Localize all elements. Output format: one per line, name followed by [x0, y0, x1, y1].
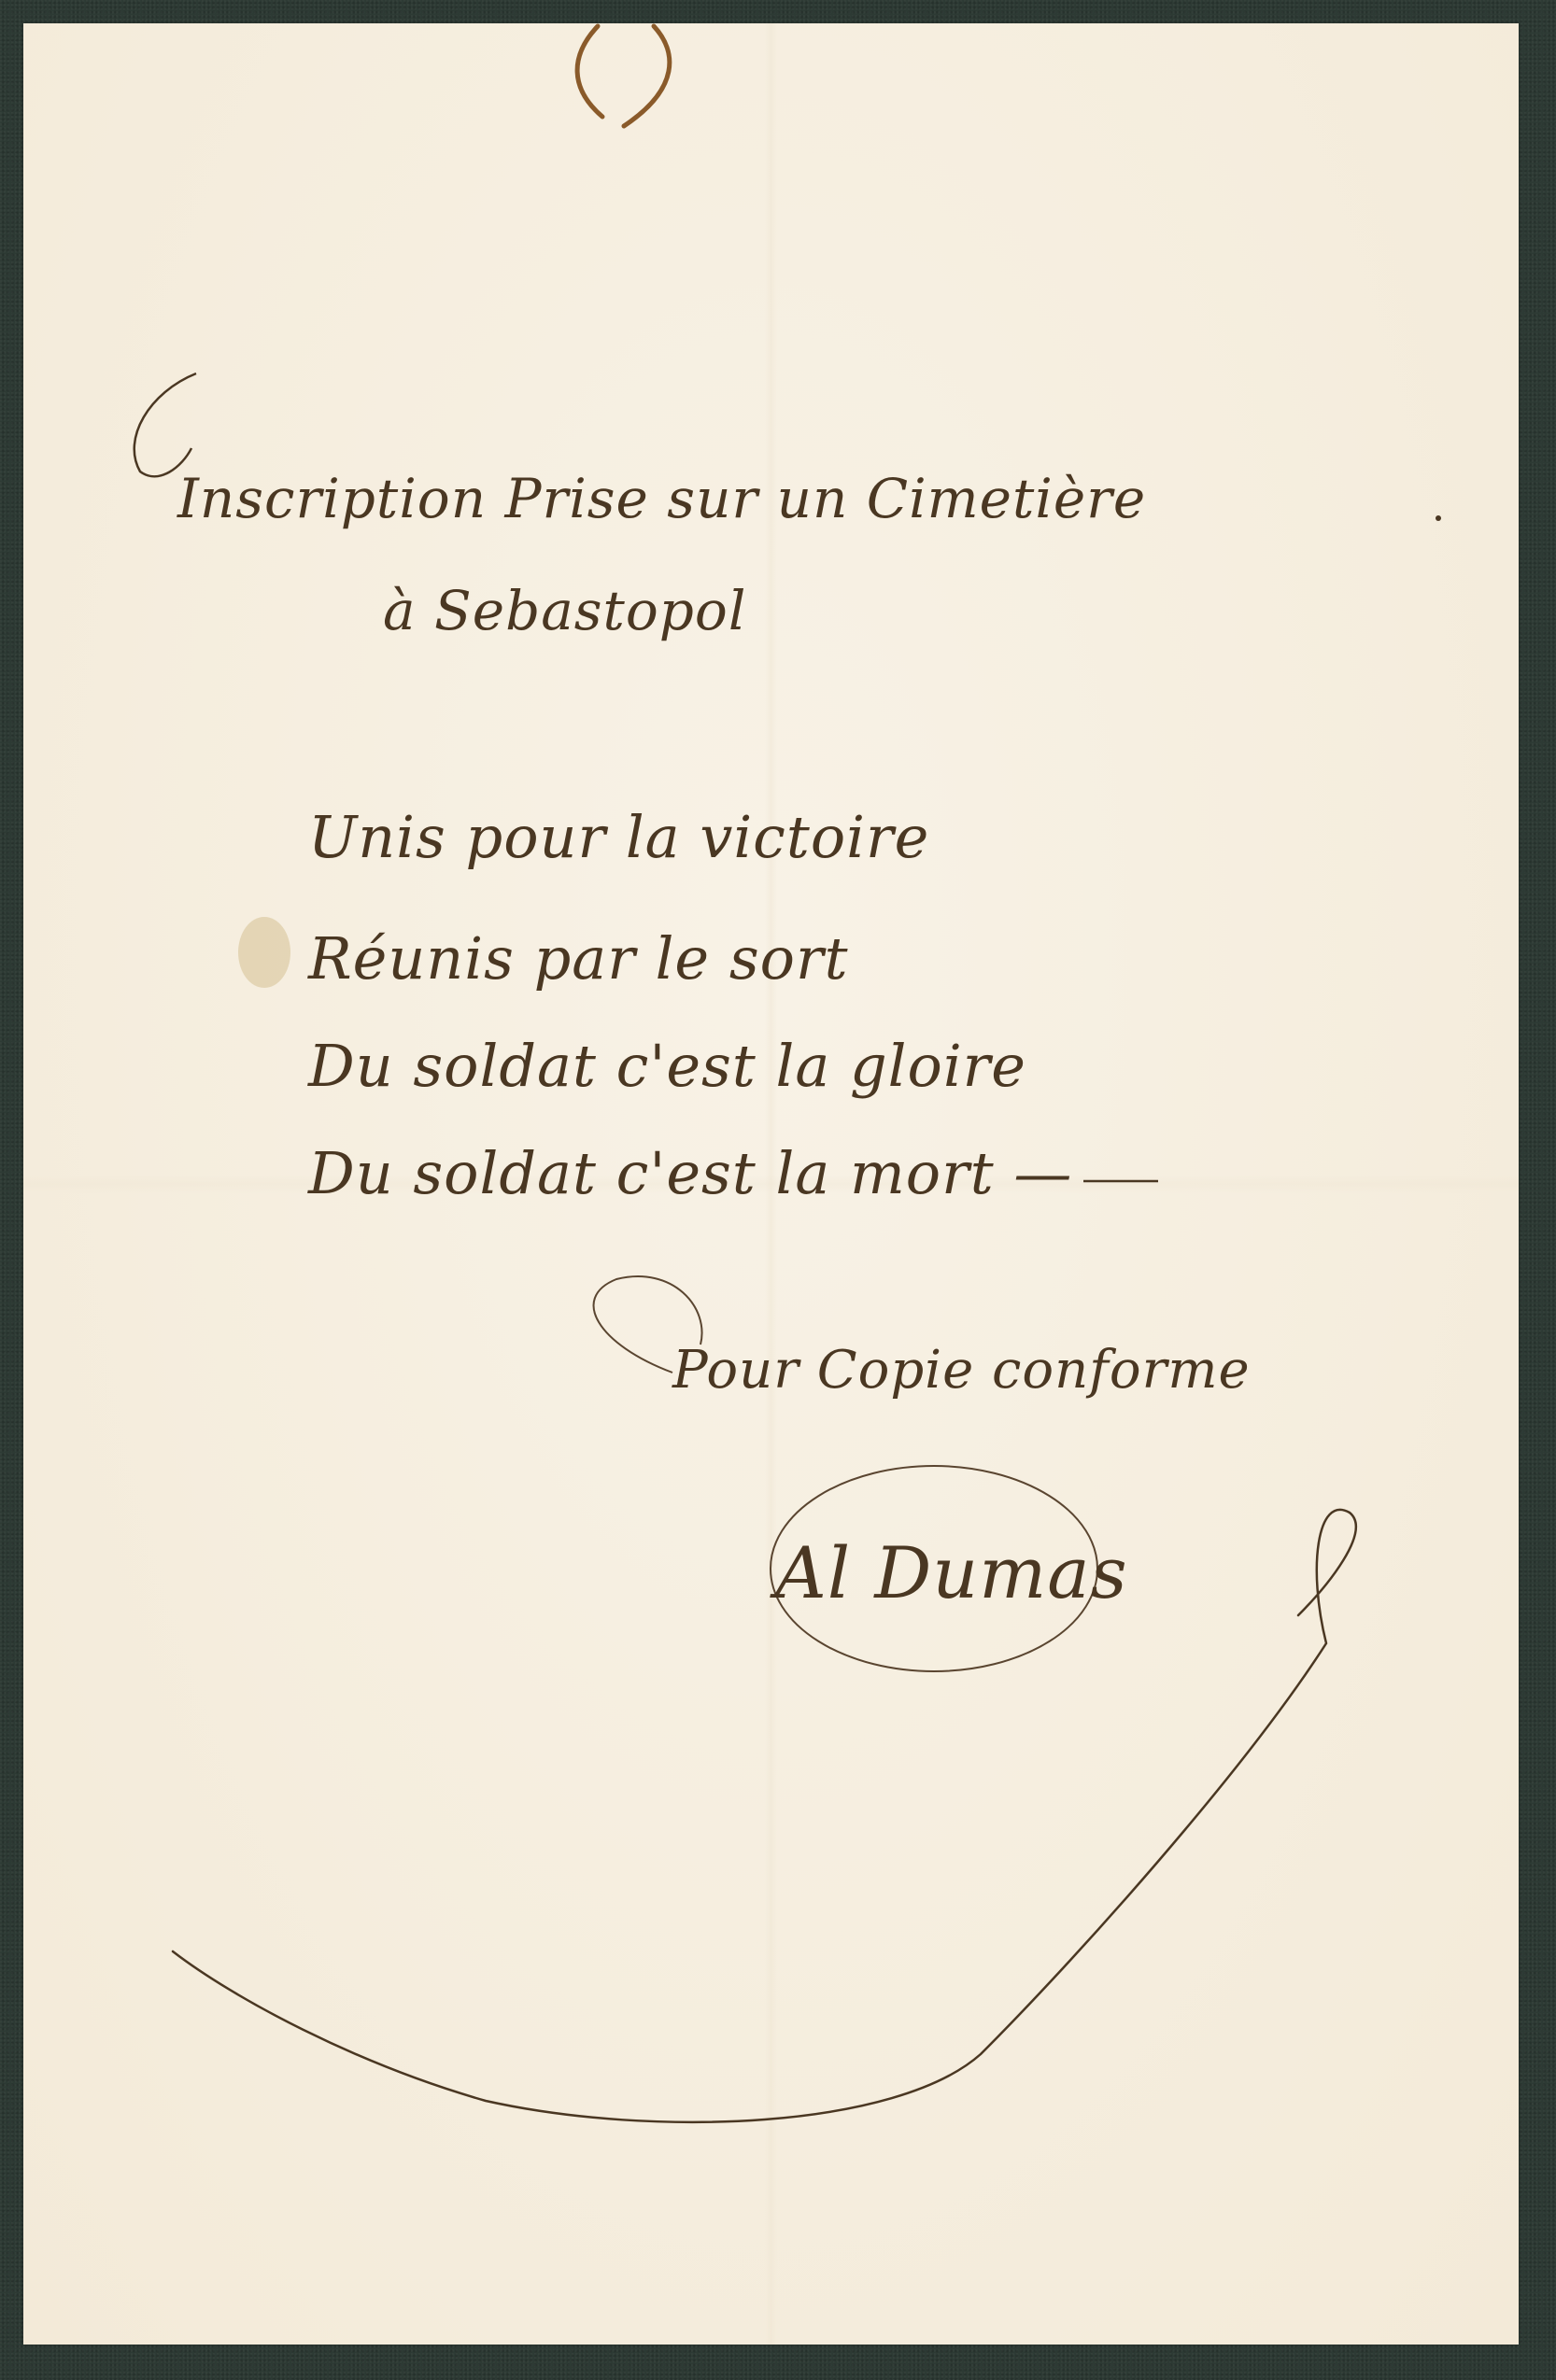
poem-line-1: Unis pour la victoire — [308, 803, 929, 871]
closing-text: Pour Copie conforme — [672, 1340, 1251, 1401]
heading-line-2: à Sebastopol — [383, 579, 746, 642]
poem-line-2: Réunis par le sort — [308, 924, 849, 993]
poem-line-3: Du soldat c'est la gloire — [308, 1032, 1026, 1100]
heading-line-1: Inscription Prise sur un Cimetière — [177, 467, 1146, 530]
signature: Al Dumas — [775, 1531, 1128, 1614]
poem-line-4: Du soldat c'est la mort — — [308, 1139, 1072, 1207]
